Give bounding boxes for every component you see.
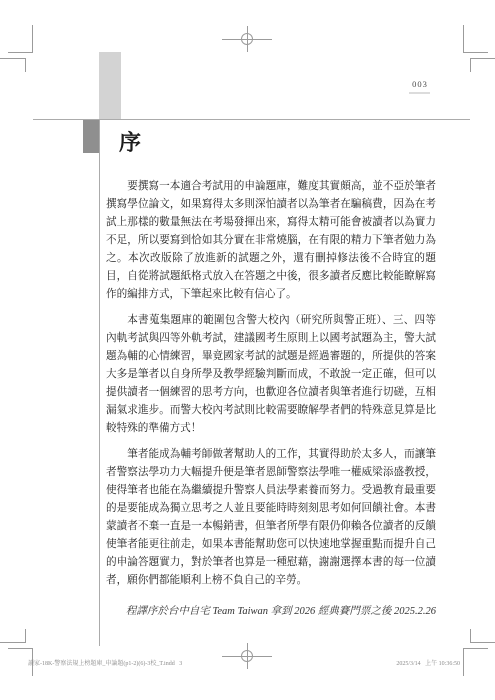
crop-mark-top-left-outer	[0, 58, 26, 72]
crop-mark-bottom-right-inner	[463, 648, 488, 676]
page-title: 序	[119, 128, 436, 158]
preface-body: 要撰寫一本適合考試用的申論題庫，難度其實頗高，並不亞於筆者撰寫學位論文，如果寫得…	[106, 178, 436, 590]
registration-mark-top-circle	[241, 33, 253, 45]
crop-mark-bottom-left-outer	[0, 629, 26, 643]
preface-paragraph-2: 本書蒐集題庫的範圍包含警大校內（研究所與警正班）、三、四等內軌考試與四等外軌考試…	[106, 312, 436, 438]
page-number-underline	[409, 92, 430, 94]
crop-mark-top-left-inner	[8, 25, 33, 53]
page-number: 003	[406, 79, 434, 89]
registration-mark-bottom-circle	[241, 650, 253, 662]
content-left-rule	[99, 120, 100, 646]
chapter-edge-tab-dark	[83, 120, 99, 153]
footer-filename: 讀家-18K-警察法規上榜題庫_申論題(p1-2)(6)-3校_T.indd 3	[28, 658, 182, 667]
author-signature-line: 程譯序於台中自宅 Team Taiwan 拿到 2026 經典賽門票之後 202…	[106, 604, 436, 620]
footer-timestamp: 2025/3/14 上午 10:36:50	[370, 658, 460, 667]
preface-content: 序 要撰寫一本適合考試用的申論題庫，難度其實頗高，並不亞於筆者撰寫學位論文，如果…	[106, 128, 436, 620]
crop-mark-bottom-right-outer	[470, 629, 495, 643]
chapter-edge-tab	[99, 52, 121, 119]
preface-paragraph-1: 要撰寫一本適合考試用的申論題庫，難度其實頗高，並不亞於筆者撰寫學位論文，如果寫得…	[106, 178, 436, 304]
crop-mark-top-right-outer	[470, 58, 495, 72]
crop-mark-top-right-inner	[463, 25, 488, 53]
preface-paragraph-3: 筆者能成為輔考師做著幫助人的工作，其實得助於太多人，而讓筆者警察法學功力大幅提升…	[106, 446, 436, 590]
